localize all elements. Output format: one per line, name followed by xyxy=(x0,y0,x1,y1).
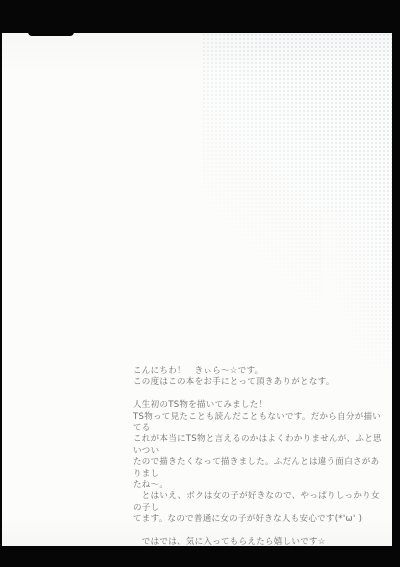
scan-frame: こんにちわ！ きぃら～☆です。 この度はこの本をお手にとって頂きありがとなす。 … xyxy=(0,0,400,567)
afterword-text: こんにちわ！ きぃら～☆です。 この度はこの本をお手にとって頂きありがとなす。 … xyxy=(133,366,388,549)
scan-edge-notch xyxy=(28,31,74,36)
halftone-dot-pattern-lower xyxy=(322,213,392,343)
